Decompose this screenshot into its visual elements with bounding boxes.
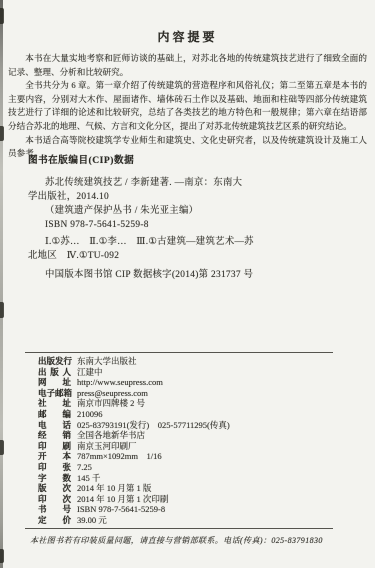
cip-line: 学出版社，2014.10: [28, 190, 335, 204]
pubinfo-label: 印刷: [38, 441, 71, 452]
pubinfo-row: 版次2014 年 10 月第 1 版: [25, 483, 333, 494]
pubinfo-label: 印张: [38, 462, 71, 473]
scan-edge-mark: [0, 302, 4, 318]
pubinfo-value: 2014 年 10 月第 1 次印刷: [77, 494, 168, 505]
pubinfo-row: 印刷南京玉河印刷厂: [25, 441, 333, 452]
scan-edge-mark: [0, 440, 4, 455]
pubinfo-row: 书号ISBN 978-7-5641-5259-8: [25, 504, 333, 515]
scan-edge-mark: [0, 549, 4, 563]
content-summary-section: 内容提要 本书在大量实地考察和匠师访谈的基础上，对苏北各地的传统建筑技艺进行了细…: [0, 28, 375, 161]
pubinfo-row: 印张7.25: [25, 462, 333, 473]
pubinfo-label: 定价: [38, 515, 71, 526]
pubinfo-value: http://www.seupress.com: [77, 377, 163, 388]
pubinfo-value: 东南大学出版社: [77, 356, 137, 367]
pubinfo-value: 2014 年 10 月第 1 版: [77, 483, 151, 494]
scan-edge-mark: [0, 8, 4, 24]
pubinfo-value: press@seupress.com: [77, 388, 148, 399]
pubinfo-label: 电子邮箱: [38, 388, 71, 399]
pubinfo-value: 南京市四牌楼 2 号: [77, 398, 145, 409]
summary-paragraph: 本书在大量实地考察和匠师访谈的基础上，对苏北各地的传统建筑技艺进行了细致全面的记…: [8, 52, 367, 79]
pubinfo-value: 全国各地新华书店: [77, 430, 145, 441]
pubinfo-value: 7.25: [77, 462, 92, 473]
pubinfo-label: 书号: [38, 504, 71, 515]
pubinfo-row: 开本787mm×1092mm 1/16: [25, 451, 333, 462]
pubinfo-value: 江建中: [77, 367, 103, 378]
pubinfo-value: 南京玉河印刷厂: [77, 441, 137, 452]
pubinfo-label: 社址: [38, 398, 71, 409]
pubinfo-row: 邮编210096: [25, 409, 333, 420]
pubinfo-value: 787mm×1092mm 1/16: [77, 451, 162, 462]
pubinfo-label: 出版人: [38, 367, 71, 378]
pubinfo-row: 电话025-83793191(发行) 025-57711295(传真): [25, 420, 333, 431]
pubinfo-row: 电子邮箱press@seupress.com: [25, 388, 333, 399]
pubinfo-row: 社址南京市四牌楼 2 号: [25, 398, 333, 409]
summary-title: 内容提要: [0, 28, 375, 45]
pubinfo-label: 印次: [38, 494, 71, 505]
cip-line: （建筑遗产保护丛书 / 朱光亚主编）: [28, 204, 335, 218]
cip-line: Ⅰ.①苏… Ⅱ.①李… Ⅲ.①古建筑—建筑艺术—苏: [28, 235, 335, 249]
summary-paragraph: 全书共分为 6 章。第一章介绍了传统建筑的营造程序和风俗礼仪；第二至第五章是本书…: [8, 79, 367, 133]
cip-line: ISBN 978-7-5641-5259-8: [28, 218, 335, 232]
cip-heading: 图书在版编目(CIP)数据: [28, 152, 335, 166]
pubinfo-label: 开本: [38, 451, 71, 462]
pubinfo-row: 出版发行东南大学出版社: [25, 356, 333, 367]
pubinfo-value: ISBN 978-7-5641-5259-8: [77, 504, 165, 515]
pubinfo-row: 出版人江建中: [25, 367, 333, 378]
pubinfo-value: 210096: [77, 409, 103, 420]
cip-section: 图书在版编目(CIP)数据 苏北传统建筑技艺 / 李新建著. —南京：东南大 学…: [28, 152, 335, 282]
summary-body: 本书在大量实地考察和匠师访谈的基础上，对苏北各地的传统建筑技艺进行了细致全面的记…: [0, 52, 375, 161]
pubinfo-section: 出版发行东南大学出版社 出版人江建中 网址http://www.seupress…: [25, 352, 333, 529]
pubinfo-label: 邮编: [38, 409, 71, 420]
pubinfo-row: 印次2014 年 10 月第 1 次印刷: [25, 494, 333, 505]
cip-line: 中国版本图书馆 CIP 数据核字(2014)第 231737 号: [28, 268, 335, 282]
pubinfo-row: 字数145 千: [25, 473, 333, 484]
pubinfo-row: 定价39.00 元: [25, 515, 333, 526]
cip-lines: 苏北传统建筑技艺 / 李新建著. —南京：东南大 学出版社，2014.10 （建…: [28, 176, 335, 282]
pubinfo-value: 025-83793191(发行) 025-57711295(传真): [77, 420, 230, 431]
book-copyright-page: 内容提要 本书在大量实地考察和匠师访谈的基础上，对苏北各地的传统建筑技艺进行了细…: [0, 0, 375, 568]
pubinfo-label: 字数: [38, 473, 71, 484]
cip-line: 北地区 Ⅳ.①TU-092: [28, 249, 335, 263]
pubinfo-label: 出版发行: [38, 356, 71, 367]
pubinfo-label: 电话: [38, 420, 71, 431]
pubinfo-label: 版次: [38, 483, 71, 494]
pubinfo-row: 网址http://www.seupress.com: [25, 377, 333, 388]
pubinfo-row: 经销全国各地新华书店: [25, 430, 333, 441]
pubinfo-value: 145 千: [77, 473, 100, 484]
pubinfo-value: 39.00 元: [77, 515, 107, 526]
cip-line: 苏北传统建筑技艺 / 李新建著. —南京：东南大: [28, 176, 335, 190]
pubinfo-label: 网址: [38, 377, 71, 388]
quality-notice: 本社图书若有印装质量问题，请直接与营销部联系。电话(传真)：025-837918…: [30, 535, 357, 546]
pubinfo-label: 经销: [38, 430, 71, 441]
